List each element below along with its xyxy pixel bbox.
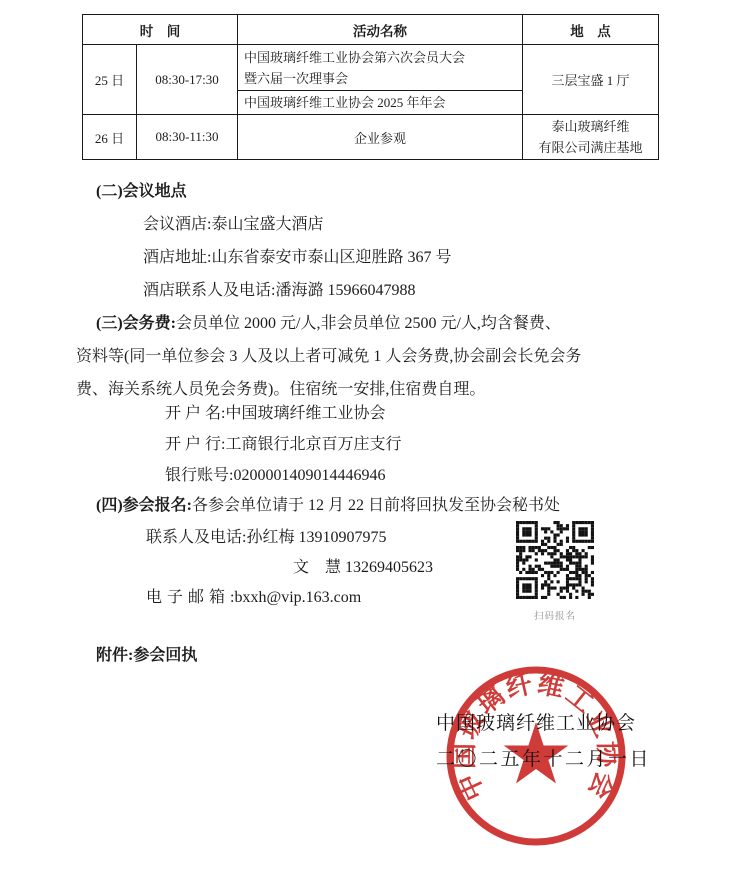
col-header-location: 地 点 — [523, 15, 659, 45]
activity-cell: 中国玻璃纤维工业协会 2025 年年会 — [238, 91, 523, 115]
day-cell: 25 日 — [83, 45, 137, 115]
col-header-time: 时 间 — [83, 15, 238, 45]
attachment-value: 参会回执 — [133, 647, 197, 664]
activity-cell: 中国玻璃纤维工业协会第六次会员大会 暨六届一次理事会 — [238, 45, 523, 91]
bank-label: 开 户 名: — [165, 405, 225, 422]
location-line: 泰山玻璃纤维 — [529, 116, 652, 137]
activity-line: 暨六届一次理事会 — [244, 68, 516, 89]
time-cell: 08:30-17:30 — [137, 45, 238, 115]
registration-text: 各参会单位请于 12 月 22 日前将回执发至协会秘书处 — [192, 497, 560, 514]
venue-address: 酒店地址:山东省泰安市泰山区迎胜路 367 号 — [76, 241, 670, 274]
registration-section: (四)参会报名:各参会单位请于 12 月 22 日前将回执发至协会秘书处 — [76, 491, 670, 521]
bank-info: 开 户 名:中国玻璃纤维工业协会 开 户 行:工商银行北京百万庄支行 银行账号:… — [76, 398, 670, 491]
bank-branch: 开 户 行:工商银行北京百万庄支行 — [76, 429, 670, 460]
contact-label: 联系人及电话: — [146, 529, 246, 546]
col-header-activity: 活动名称 — [238, 15, 523, 45]
attachment-label: 附件: — [96, 647, 133, 664]
venue-heading: (二)会议地点 — [76, 175, 670, 208]
table-row: 25 日 08:30-17:30 中国玻璃纤维工业协会第六次会员大会 暨六届一次… — [83, 45, 659, 91]
fee-heading: (三)会务费: — [96, 315, 176, 332]
contact-value: 孙红梅 13910907975 — [246, 529, 386, 546]
venue-contact: 酒店联系人及电话:潘海潞 15966047988 — [76, 274, 670, 307]
activity-line: 中国玻璃纤维工业协会第六次会员大会 — [244, 47, 516, 68]
qr-code-block: 扫码报名 — [516, 521, 594, 622]
venue-section: (二)会议地点 会议酒店:泰山宝盛大酒店 酒店地址:山东省泰安市泰山区迎胜路 3… — [76, 175, 670, 307]
bank-label: 开 户 行: — [165, 436, 225, 453]
schedule-table: 时 间 活动名称 地 点 25 日 08:30-17:30 中国玻璃纤维工业协会… — [82, 14, 659, 160]
bank-value: 工商银行北京百万庄支行 — [225, 436, 401, 453]
table-row: 26 日 08:30-11:30 企业参观 泰山玻璃纤维 有限公司满庄基地 — [83, 115, 659, 160]
venue-hotel: 会议酒店:泰山宝盛大酒店 — [76, 208, 670, 241]
location-line: 有限公司满庄基地 — [529, 137, 652, 158]
registration-heading-line: (四)参会报名:各参会单位请于 12 月 22 日前将回执发至协会秘书处 — [76, 491, 670, 521]
fee-line: 资料等(同一单位参会 3 人及以上者可减免 1 人会务费,协会副会长免会务 — [76, 340, 670, 373]
location-cell: 三层宝盛 1 厅 — [523, 45, 659, 115]
activity-cell: 企业参观 — [238, 115, 523, 160]
qr-code — [516, 521, 594, 599]
fee-line: (三)会务费:会员单位 2000 元/人,非会员单位 2500 元/人,均含餐费… — [76, 307, 670, 340]
signature-date: 二〇二五年十二月一日 — [436, 744, 651, 771]
table-header-row: 时 间 活动名称 地 点 — [83, 15, 659, 45]
registration-heading: (四)参会报名: — [96, 497, 192, 514]
signature-org: 中国玻璃纤维工业协会 — [436, 708, 636, 735]
location-cell: 泰山玻璃纤维 有限公司满庄基地 — [523, 115, 659, 160]
fee-text: 会员单位 2000 元/人,非会员单位 2500 元/人,均含餐费、 — [176, 315, 561, 332]
document-page: 时 间 活动名称 地 点 25 日 08:30-17:30 中国玻璃纤维工业协会… — [0, 0, 731, 875]
fee-section: (三)会务费:会员单位 2000 元/人,非会员单位 2500 元/人,均含餐费… — [76, 307, 670, 406]
bank-label: 银行账号: — [165, 467, 233, 484]
bank-account-name: 开 户 名:中国玻璃纤维工业协会 — [76, 398, 670, 429]
contact-label: 电子邮箱 — [146, 589, 230, 606]
bank-value: 中国玻璃纤维工业协会 — [225, 405, 385, 422]
bank-value: 0200001409014446946 — [233, 467, 385, 484]
day-cell: 26 日 — [83, 115, 137, 160]
time-cell: 08:30-11:30 — [137, 115, 238, 160]
bank-account-number: 银行账号:0200001409014446946 — [76, 460, 670, 491]
email-value: bxxh@vip.163.com — [234, 589, 361, 606]
qr-caption: 扫码报名 — [516, 608, 594, 622]
